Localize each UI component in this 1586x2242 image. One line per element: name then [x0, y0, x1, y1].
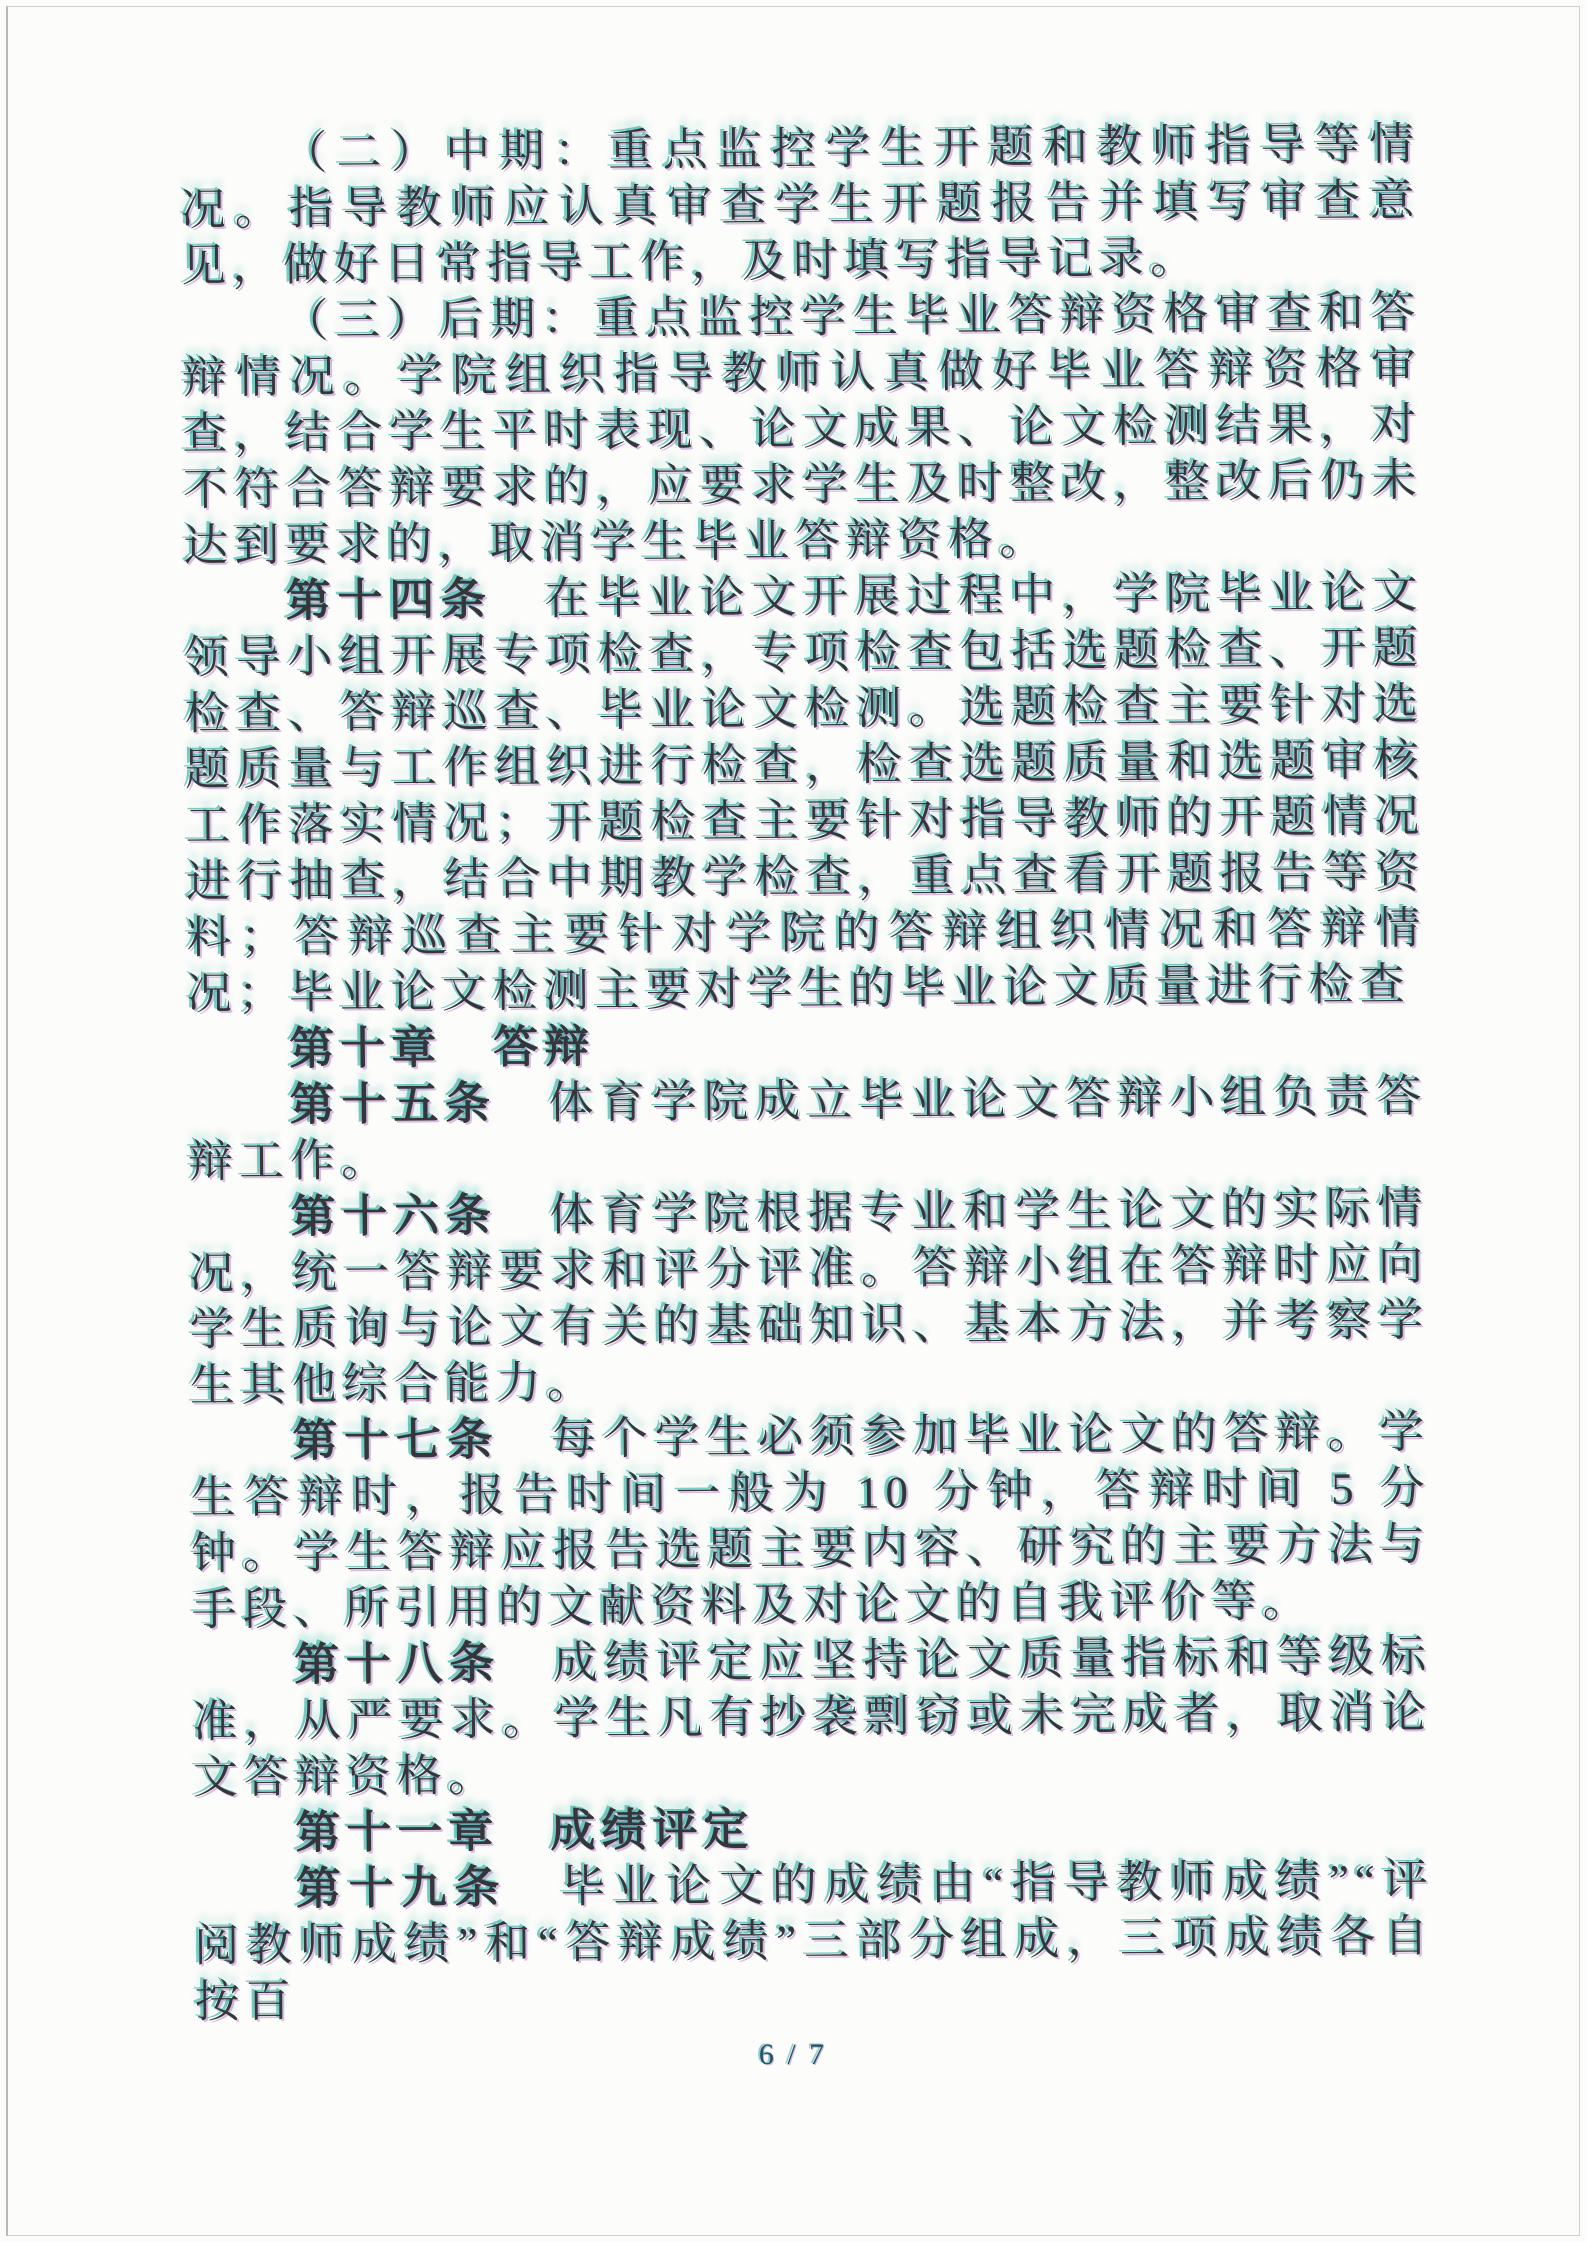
- article-16-label: 第十六条: [290, 1191, 497, 1243]
- chapter-10-heading: 第十章 答辩: [187, 1012, 1427, 1078]
- chapter-11-heading: 第十一章 成绩评定: [193, 1796, 1433, 1862]
- scanned-document-page: （二）中期：重点监控学生开题和教师指导等情况。指导教师应认真审查学生开题报告并填…: [0, 0, 1586, 2242]
- paragraph-article-18: 第十八条 成绩评定应坚持论文质量指标和等级标准，从严要求。学生凡有抄袭剽窃或未完…: [192, 1628, 1433, 1806]
- document-body: （二）中期：重点监控学生开题和教师指导等情况。指导教师应认真审查学生开题报告并填…: [180, 116, 1435, 2030]
- paragraph-midterm-monitoring: （二）中期：重点监控学生开题和教师指导等情况。指导教师应认真审查学生开题报告并填…: [180, 116, 1421, 294]
- article-14-label: 第十四条: [286, 575, 493, 627]
- article-17-label: 第十七条: [292, 1415, 499, 1467]
- article-15-label: 第十五条: [289, 1079, 496, 1131]
- paragraph-article-17: 第十七条 每个学生必须参加毕业论文的答辩。学生答辩时，报告时间一般为 10 分钟…: [190, 1404, 1432, 1638]
- paragraph-lateterm-monitoring: （三）后期：重点监控学生毕业答辩资格审查和答辩情况。学院组织指导教师认真做好毕业…: [181, 284, 1423, 574]
- paragraph-article-15: 第十五条 体育学院成立毕业论文答辩小组负责答辩工作。: [187, 1068, 1428, 1190]
- paragraph-article-16: 第十六条 体育学院根据专业和学生论文的实际情况，统一答辩要求和评分评准。答辩小组…: [188, 1180, 1430, 1414]
- article-14-text: 在毕业论文开展过程中，学院毕业论文领导小组开展专项检查，专项检查包括选题检查、开…: [184, 567, 1427, 1019]
- page-number: 6 / 7: [759, 2038, 827, 2071]
- article-18-label: 第十八条: [294, 1639, 501, 1691]
- paragraph-article-14: 第十四条 在毕业论文开展过程中，学院毕业论文领导小组开展专项检查，专项检查包括选…: [184, 564, 1427, 1022]
- article-19-label: 第十九条: [296, 1862, 508, 1914]
- page-footer: 6 / 7: [0, 2038, 1586, 2072]
- paragraph-article-19: 第十九条 毕业论文的成绩由“指导教师成绩”“评阅教师成绩”和“答辩成绩”三部分组…: [194, 1852, 1435, 2030]
